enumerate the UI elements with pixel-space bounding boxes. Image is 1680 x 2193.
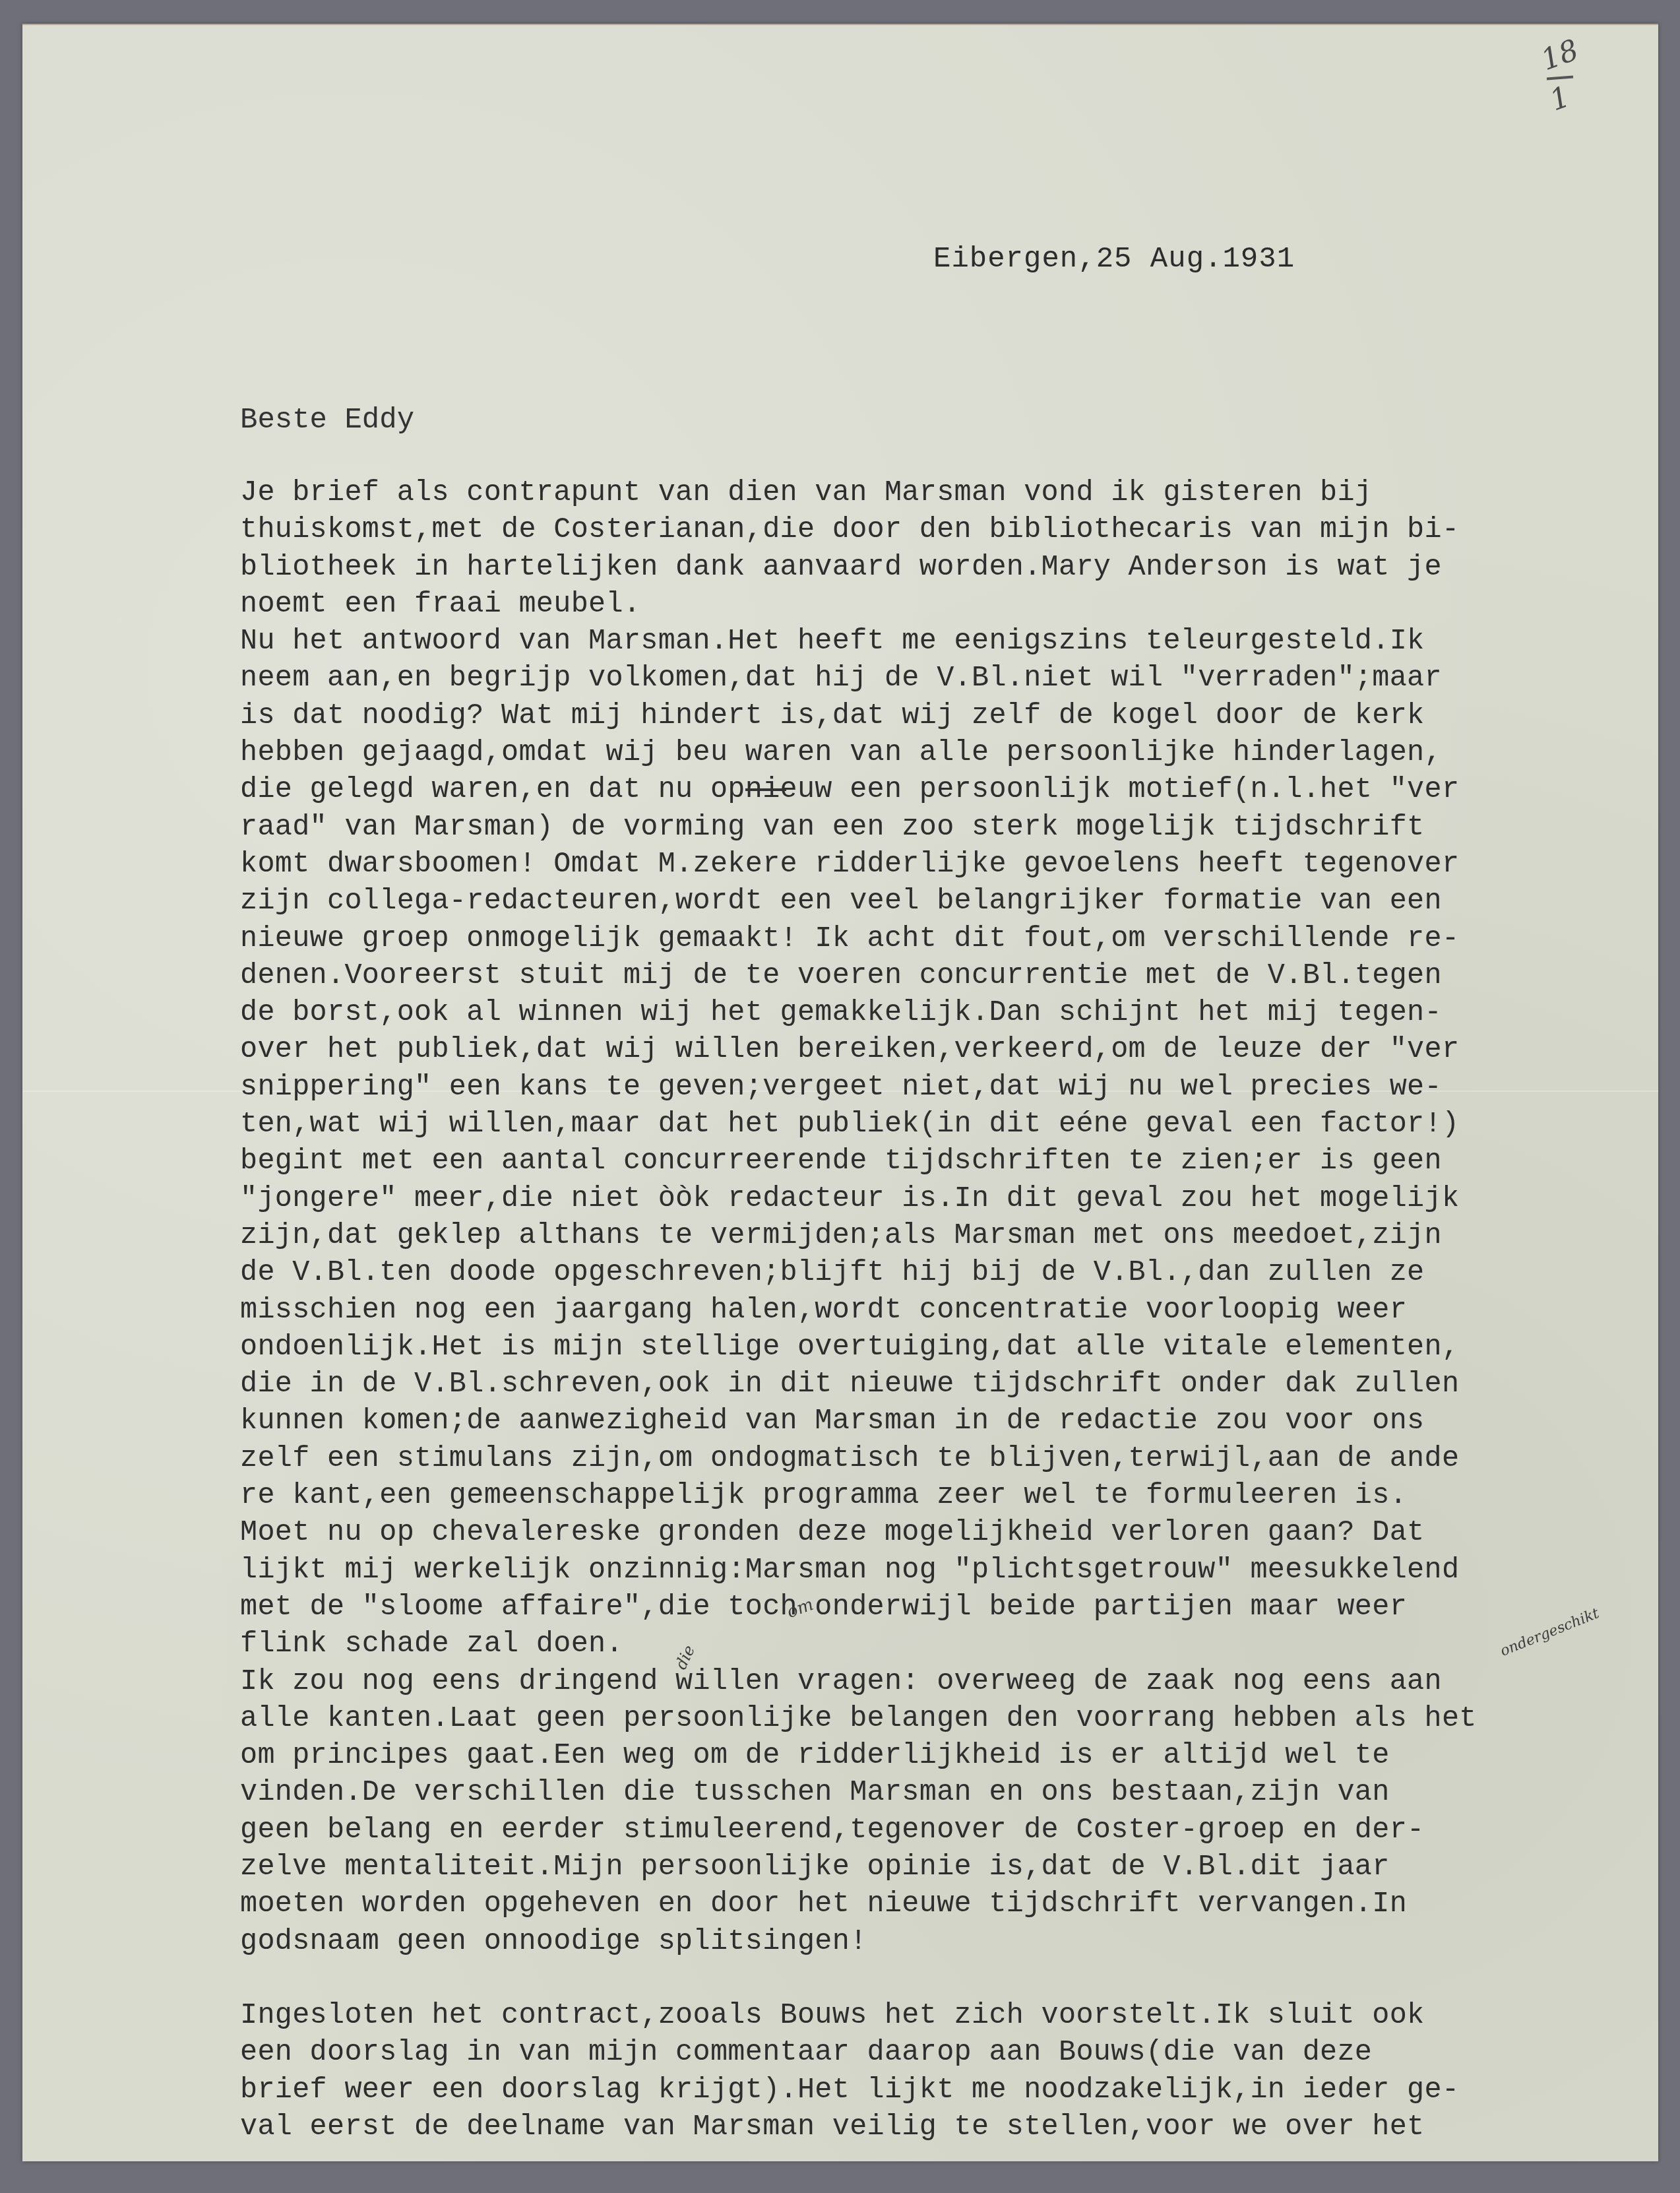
body-line: flink schade zal doen.	[240, 1626, 1652, 1663]
body-line: vinden.De verschillen die tusschen Marsm…	[240, 1775, 1652, 1812]
body-line: nieuwe groep onmogelijk gemaakt! Ik acht…	[240, 921, 1652, 958]
body-line: noemt een fraai meubel.	[240, 587, 1652, 623]
body-line: Ik zou nog eens dringend willen vragen: …	[240, 1664, 1652, 1701]
body-line: zijn collega-redacteuren,wordt een veel …	[240, 883, 1652, 920]
body-line: is dat noodig? Wat mij hindert is,dat wi…	[240, 698, 1652, 735]
body-line: lijkt mij werkelijk onzinnig:Marsman nog…	[240, 1552, 1652, 1589]
body-line: zelf een stimulans zijn,om ondogmatisch …	[240, 1441, 1652, 1478]
body-line: om principes gaat.Een weg om de ridderli…	[240, 1738, 1652, 1775]
body-line: de V.Bl.ten doode opgeschreven;blijft hi…	[240, 1255, 1652, 1292]
body-line: godsnaam geen onnoodige splitsingen!	[240, 1924, 1652, 1961]
body-line: komt dwarsboomen! Omdat M.zekere ridderl…	[240, 846, 1652, 883]
body-line: neem aan,en begrijp volkomen,dat hij de …	[240, 660, 1652, 697]
folio-number-top: 18	[1534, 34, 1587, 77]
salutation: Beste Eddy	[240, 404, 414, 437]
body-line: ten,wat wij willen,maar dat het publiek(…	[240, 1106, 1652, 1143]
body-line: zelve mentaliteit.Mijn persoonlijke opin…	[240, 1849, 1652, 1886]
body-line: val eerst de deelname van Marsman veilig…	[240, 2109, 1652, 2146]
body-line: bliotheek in hartelijken dank aanvaard w…	[240, 550, 1652, 587]
body-line: moeten worden opgeheven en door het nieu…	[240, 1886, 1652, 1923]
body-line: ondoenlijk.Het is mijn stellige overtuig…	[240, 1329, 1652, 1366]
body-line: de borst,ook al winnen wij het gemakkeli…	[240, 995, 1652, 1032]
underline-mark	[745, 788, 786, 791]
body-line: die gelegd waren,en dat nu opnieuw een p…	[240, 772, 1652, 809]
body-line: begint met een aantal concurreerende tij…	[240, 1143, 1652, 1180]
body-line: zijn,dat geklep althans te vermijden;als…	[240, 1218, 1652, 1255]
body-line: Ingesloten het contract,zooals Bouws het…	[240, 1998, 1652, 2035]
body-line: re kant,een gemeenschappelijk programma …	[240, 1478, 1652, 1515]
body-line: Nu het antwoord van Marsman.Het heeft me…	[240, 623, 1652, 660]
paragraph-gap	[240, 1961, 1652, 1998]
body-line: brief weer een doorslag krijgt).Het lijk…	[240, 2072, 1652, 2109]
body-line: hebben gejaagd,omdat wij beu waren van a…	[240, 735, 1652, 772]
body-line: die in de V.Bl.schreven,ook in dit nieuw…	[240, 1366, 1652, 1403]
body-line: Moet nu op chevalereske gronden deze mog…	[240, 1515, 1652, 1552]
body-line: misschien nog een jaargang halen,wordt c…	[240, 1292, 1652, 1329]
letter-body: Je brief als contrapunt van dien van Mar…	[240, 475, 1652, 2146]
body-line: Je brief als contrapunt van dien van Mar…	[240, 475, 1652, 512]
place-and-date: Eibergen,25 Aug.1931	[933, 243, 1295, 276]
body-line: snippering" een kans te geven;vergeet ni…	[240, 1069, 1652, 1106]
body-line: alle kanten.Laat geen persoonlijke belan…	[240, 1701, 1652, 1738]
body-line: "jongere" meer,die niet òòk redacteur is…	[240, 1181, 1652, 1218]
archive-folio-number: 18 1	[1537, 41, 1583, 113]
body-line: denen.Vooreerst stuit mij de te voeren c…	[240, 958, 1652, 995]
body-line: geen belang en eerder stimuleerend,tegen…	[240, 1812, 1652, 1849]
body-line: raad" van Marsman) de vorming van een zo…	[240, 810, 1652, 846]
body-line: met de "sloome affaire",die toch onderwi…	[240, 1589, 1652, 1626]
body-line: een doorslag in van mijn commentaar daar…	[240, 2035, 1652, 2072]
body-line: kunnen komen;de aanwezigheid van Marsman…	[240, 1403, 1652, 1440]
body-line: thuiskomst,met de Costerianan,die door d…	[240, 512, 1652, 549]
body-line: over het publiek,dat wij willen bereiken…	[240, 1032, 1652, 1069]
